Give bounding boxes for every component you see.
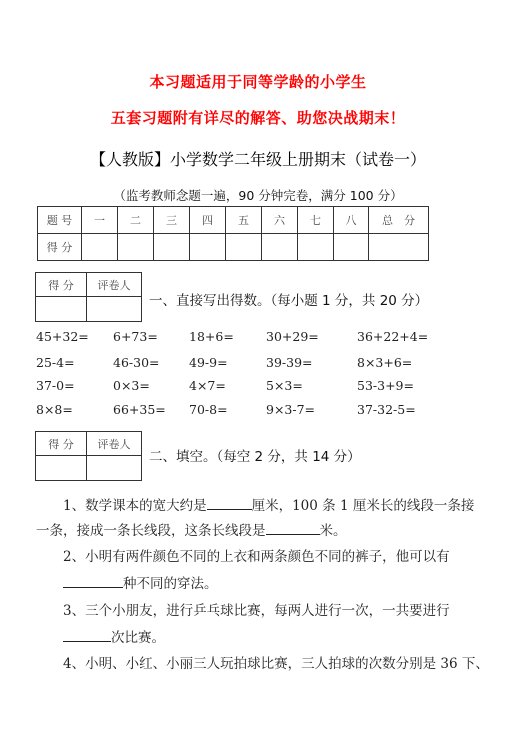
promo-line-1: 本习题适用于同等学龄的小学生 — [0, 71, 516, 92]
question-2-text-b: 种不同的穿法。 — [123, 576, 218, 592]
calc-item: 36+22+4= — [357, 329, 428, 344]
calc-item: 37-32-5= — [357, 402, 416, 417]
question-1-line-2: 一条，接成一条长线段，这条长线段是米。 — [36, 519, 347, 539]
grader-score-cell[interactable] — [36, 297, 87, 322]
question-3-line-1: 3、三个小朋友，进行乒乓球比赛，每两人进行一次，一共要进行 — [63, 599, 450, 619]
score-table-header-row: 题 号 一 二 三 四 五 六 七 八 总 分 — [38, 207, 429, 234]
calc-row: 45+32= 6+73= 18+6= 30+29= 36+22+4= — [36, 329, 496, 349]
grader-score-cell[interactable] — [36, 456, 87, 481]
grader-box-section-1: 得 分 评卷人 — [35, 272, 142, 322]
column-header: 六 — [262, 207, 298, 234]
column-header: 七 — [298, 207, 334, 234]
calc-item: 5×3= — [266, 378, 303, 393]
grader-name-cell[interactable] — [87, 456, 142, 481]
calc-item: 8×3+6= — [357, 355, 412, 370]
score-cell-total[interactable] — [369, 234, 429, 261]
question-2-line-1: 2、小明有两件颜色不同的上衣和两条颜色不同的裤子，他可以有 — [63, 545, 450, 565]
question-1-text-b: 厘米，100 条 1 厘米长的线段一条接 — [252, 498, 475, 514]
calc-item: 39-39= — [266, 355, 313, 370]
score-cell[interactable] — [262, 234, 298, 261]
grader-name-label: 评卷人 — [87, 273, 142, 297]
score-cell[interactable] — [118, 234, 154, 261]
row-header-score: 得 分 — [38, 234, 82, 261]
score-table: 题 号 一 二 三 四 五 六 七 八 总 分 得 分 — [37, 206, 429, 261]
answer-blank[interactable] — [63, 574, 123, 588]
grader-name-cell[interactable] — [87, 297, 142, 322]
question-3-text-b: 次比赛。 — [111, 630, 165, 646]
column-header: 四 — [190, 207, 226, 234]
promo-line-2: 五套习题附有详尽的解答、助您决战期末！ — [0, 107, 516, 128]
calc-row: 25-4= 46-30= 49-9= 39-39= 8×3+6= — [36, 355, 496, 375]
grader-score-label: 得 分 — [36, 432, 87, 456]
column-header: 五 — [226, 207, 262, 234]
section-1-title: 一、直接写出得数。（每小题 1 分，共 20 分） — [149, 289, 428, 309]
calc-item: 70-8= — [189, 402, 228, 417]
question-1-text-a: 1、数学课本的宽大约是 — [63, 498, 207, 514]
column-header: 一 — [82, 207, 118, 234]
score-table-score-row: 得 分 — [38, 234, 429, 261]
column-header: 八 — [334, 207, 369, 234]
calc-item: 0×3= — [113, 378, 150, 393]
question-4-line-1: 4、小明、小红、小丽三人玩拍球比赛，三人拍球的次数分别是 36 下、 — [63, 652, 489, 672]
calc-item: 25-4= — [36, 355, 75, 370]
column-header-total: 总 分 — [369, 207, 429, 234]
grader-name-label: 评卷人 — [87, 432, 142, 456]
grader-score-label: 得 分 — [36, 273, 87, 297]
calc-row: 37-0= 0×3= 4×7= 5×3= 53-3+9= — [36, 378, 496, 398]
exam-instructions: （监考教师念题一遍，90 分钟完卷，满分 100 分） — [0, 186, 516, 204]
calc-item: 53-3+9= — [357, 378, 414, 393]
section-2-title: 二、填空。（每空 2 分，共 14 分） — [149, 445, 361, 465]
question-3-line-2: 次比赛。 — [63, 626, 165, 646]
score-cell[interactable] — [226, 234, 262, 261]
grader-box-section-2: 得 分 评卷人 — [35, 431, 142, 481]
calc-item: 46-30= — [113, 355, 160, 370]
column-header: 二 — [118, 207, 154, 234]
calc-item: 4×7= — [189, 378, 226, 393]
exam-title: 【人教版】小学数学二年级上册期末（试卷一） — [0, 147, 516, 170]
question-2-line-2: 种不同的穿法。 — [63, 572, 218, 592]
score-cell[interactable] — [298, 234, 334, 261]
column-header: 三 — [154, 207, 190, 234]
calc-row: 8×8= 66+35= 70-8= 9×3-7= 37-32-5= — [36, 402, 496, 422]
calc-item: 18+6= — [189, 329, 234, 344]
calc-item: 45+32= — [36, 329, 89, 344]
answer-blank[interactable] — [207, 496, 252, 510]
answer-blank[interactable] — [266, 521, 320, 535]
score-cell[interactable] — [334, 234, 369, 261]
score-cell[interactable] — [82, 234, 118, 261]
score-cell[interactable] — [190, 234, 226, 261]
question-1-text-c: 一条，接成一条长线段，这条长线段是 — [36, 523, 266, 539]
calc-item: 8×8= — [36, 402, 73, 417]
calc-item: 49-9= — [189, 355, 228, 370]
answer-blank[interactable] — [63, 628, 111, 642]
calc-item: 66+35= — [113, 402, 166, 417]
calc-item: 6+73= — [113, 329, 158, 344]
calc-item: 30+29= — [266, 329, 319, 344]
row-header-question-number: 题 号 — [38, 207, 82, 234]
question-1-line-1: 1、数学课本的宽大约是厘米，100 条 1 厘米长的线段一条接 — [63, 494, 474, 514]
question-1-text-d: 米。 — [320, 523, 347, 539]
calc-item: 37-0= — [36, 378, 75, 393]
calc-item: 9×3-7= — [266, 402, 315, 417]
score-cell[interactable] — [154, 234, 190, 261]
